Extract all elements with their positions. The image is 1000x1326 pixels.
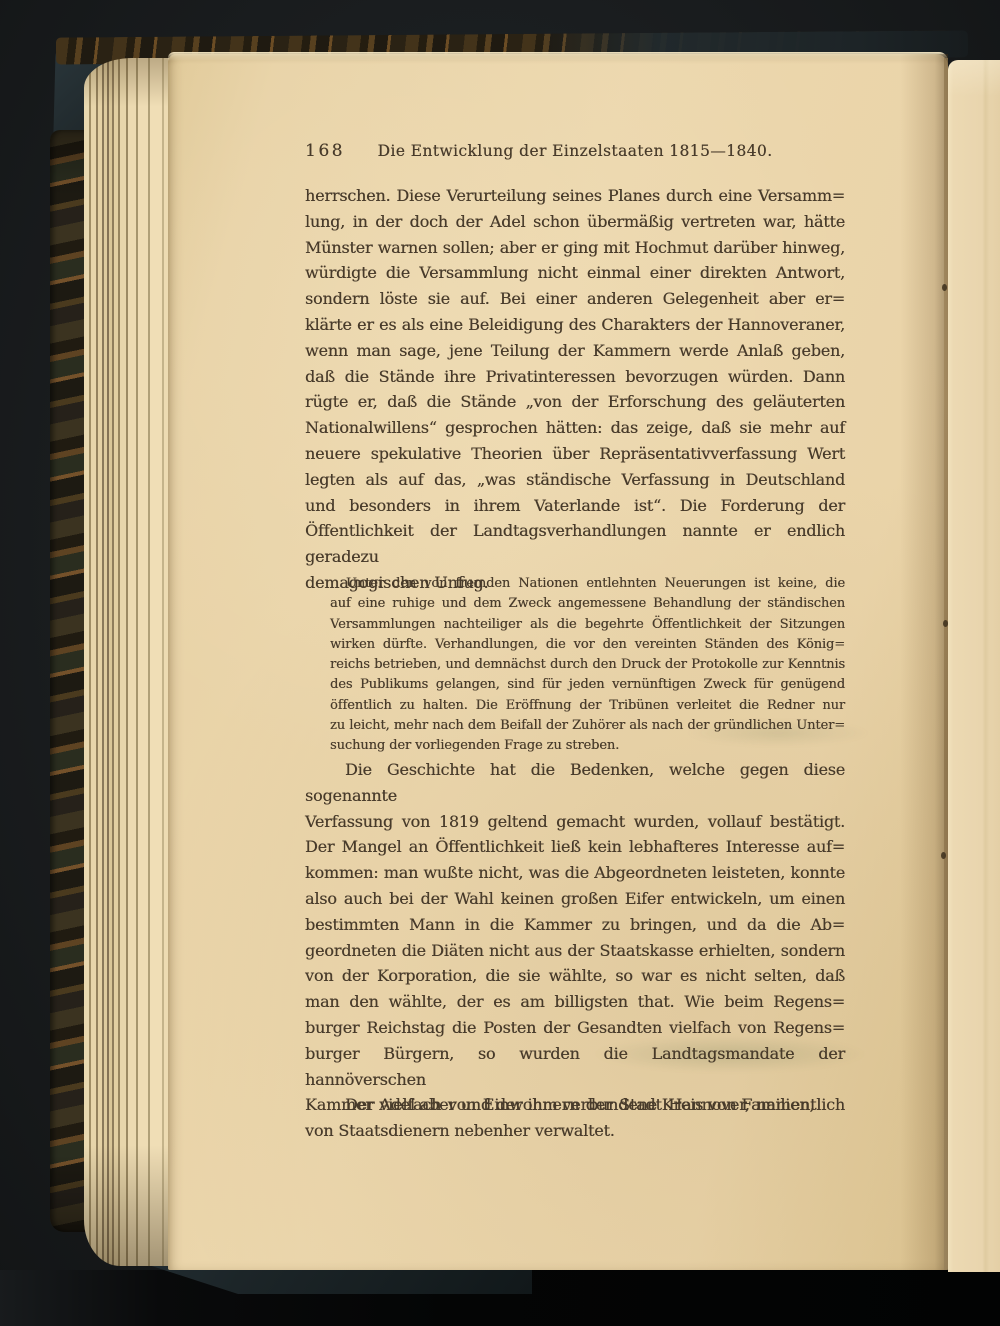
text-line: auf eine ruhige und dem Zweck angemessen… xyxy=(330,594,845,614)
facing-page-sliver xyxy=(948,60,1000,1272)
running-header-row: 168 Die Entwicklung der Einzelstaaten 18… xyxy=(305,141,845,163)
text-line: bestimmten Mann in die Kammer zu bringen… xyxy=(305,912,845,938)
text-line: herrschen. Diese Verurteilung seines Pla… xyxy=(305,183,845,209)
text-line: burger Reichstag die Posten der Gesandte… xyxy=(305,1015,845,1041)
text-line: rügte er, daß die Stände „von der Erfors… xyxy=(305,389,845,415)
text-line: wirken dürfte. Verhandlungen, die vor de… xyxy=(330,635,845,655)
text-line: Öffentlichkeit der Landtagsverhandlungen… xyxy=(305,518,845,570)
text-line: Die Geschichte hat die Bedenken, welche … xyxy=(305,757,845,809)
text-line: Verfassung von 1819 geltend gemacht wurd… xyxy=(305,809,845,835)
paragraph: Der Adel aber und der ihm verbundene Kre… xyxy=(305,1092,845,1118)
text-line: Nationalwillens“ gesprochen hätten: das … xyxy=(305,415,845,441)
text-line: von Staatsdienern nebenher verwaltet. xyxy=(305,1118,845,1144)
text-line: Münster warnen sollen; aber er ging mit … xyxy=(305,235,845,261)
text-line: kommen: man wußte nicht, was die Abgeord… xyxy=(305,860,845,886)
page-edges-stack xyxy=(84,58,172,1266)
text-line: reichs betrieben, und demnächst durch de… xyxy=(330,655,845,675)
text-line: legten als auf das, „was ständische Verf… xyxy=(305,467,845,493)
paragraph: Die Geschichte hat die Bedenken, welche … xyxy=(305,757,845,1144)
text-line: Versammlungen nachteiliger als die begeh… xyxy=(330,615,845,635)
text-line: zu leicht, mehr nach dem Beifall der Zuh… xyxy=(330,716,845,736)
paragraph: herrschen. Diese Verurteilung seines Pla… xyxy=(305,183,845,596)
text-line: würdigte die Versammlung nicht einmal ei… xyxy=(305,260,845,286)
gutter-shadow xyxy=(900,54,948,1270)
text-line: des Publikums gelangen, sind für jeden v… xyxy=(330,675,845,695)
text-line: geordneten die Diäten nicht aus der Staa… xyxy=(305,938,845,964)
text-line: Der Adel aber und der ihm verbundene Kre… xyxy=(305,1092,845,1118)
book-photo: 168 Die Entwicklung der Einzelstaaten 18… xyxy=(0,0,1000,1326)
text-line: suchung der vorliegenden Frage zu strebe… xyxy=(330,736,845,756)
text-line: Der Mangel an Öffentlichkeit ließ kein l… xyxy=(305,834,845,860)
text-line: also auch bei der Wahl keinen großen Eif… xyxy=(305,886,845,912)
text-line: burger Bürgern, so wurden die Landtagsma… xyxy=(305,1041,845,1093)
text-line: von der Korporation, die sie wählte, so … xyxy=(305,963,845,989)
text-line: wenn man sage, jene Teilung der Kammern … xyxy=(305,338,845,364)
binding-mark xyxy=(941,852,946,859)
binding-mark xyxy=(942,284,947,291)
text-line: Unter den von fremden Nationen entlehnte… xyxy=(330,574,845,594)
text-line: neuere spekulative Theorien über Repräse… xyxy=(305,441,845,467)
text-line: sondern löste sie auf. Bei einer anderen… xyxy=(305,286,845,312)
text-line: und besonders in ihrem Vaterlande ist“. … xyxy=(305,493,845,519)
text-line: daß die Stände ihre Privatinteressen bev… xyxy=(305,364,845,390)
text-line: man den wählte, der es am billigsten tha… xyxy=(305,989,845,1015)
text-line: lung, in der doch der Adel schon übermäß… xyxy=(305,209,845,235)
blockquote: Unter den von fremden Nationen entlehnte… xyxy=(330,574,845,757)
page-text: 168 Die Entwicklung der Einzelstaaten 18… xyxy=(305,0,845,1326)
text-line: öffentlich zu halten. Die Eröffnung der … xyxy=(330,696,845,716)
text-line: klärte er es als eine Beleidigung des Ch… xyxy=(305,312,845,338)
running-header: Die Entwicklung der Einzelstaaten 1815—1… xyxy=(305,142,845,160)
